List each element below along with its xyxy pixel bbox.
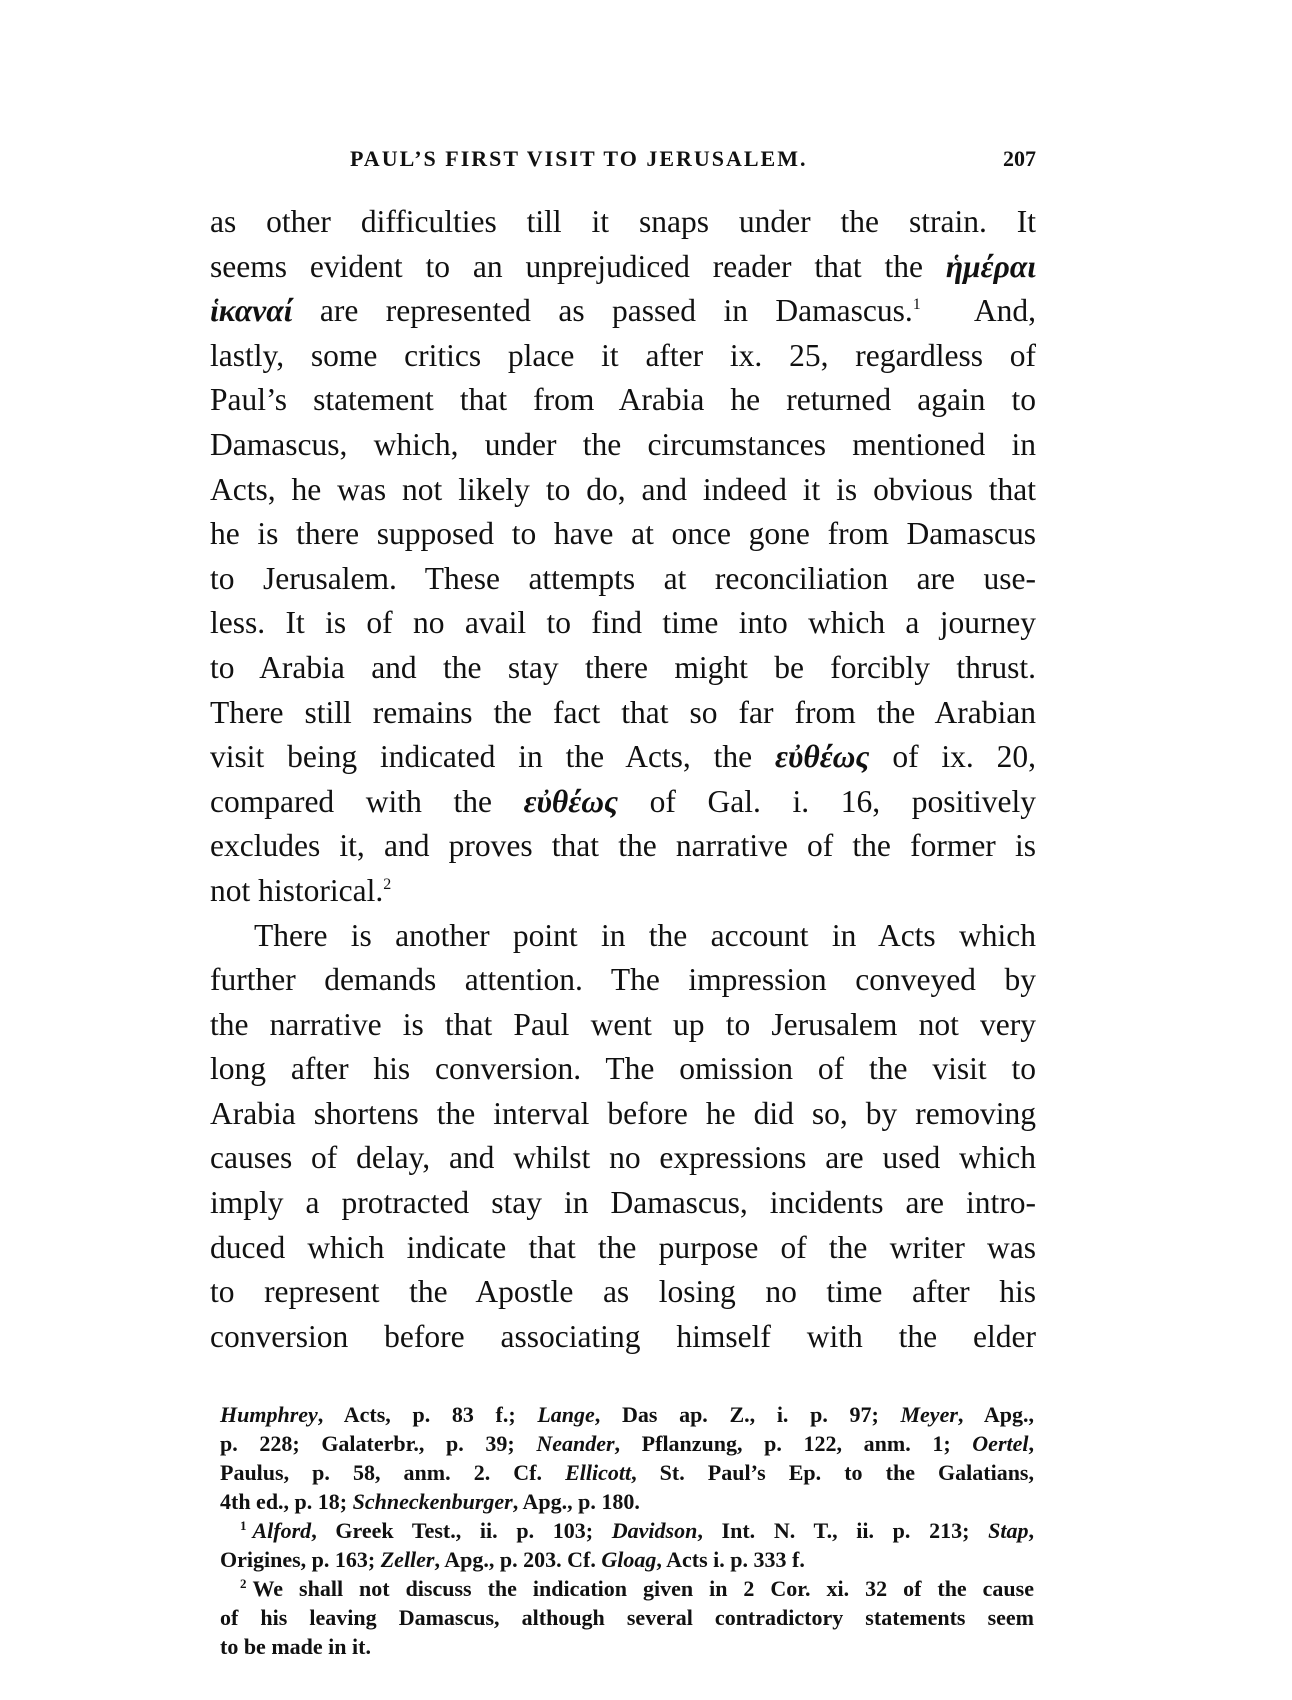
footnote-line: Paulus, p. 58, anm. 2. Cf. Ellicott, St.…: [220, 1458, 1034, 1487]
body-line: conversion before associating himself wi…: [210, 1315, 1036, 1360]
author-name: Stap: [988, 1518, 1028, 1543]
body-line: causes of delay, and whilst no expressio…: [210, 1136, 1036, 1181]
body-line: he is there supposed to have at once gon…: [210, 512, 1036, 557]
line-text: are represented as passed in Damascus.: [320, 293, 913, 328]
body-line: Arabia shortens the interval before he d…: [210, 1092, 1036, 1137]
line-text: of ix. 20,: [892, 739, 1036, 774]
greek-word: ἱκαναί: [210, 293, 292, 328]
body-line: to Jerusalem. These attempts at reconcil…: [210, 557, 1036, 602]
citation-text: , Int. N. T., ii. p. 213;: [697, 1518, 988, 1543]
book-page: PAUL’S FIRST VISIT TO JERUSALEM. 207 as …: [0, 0, 1292, 1700]
body-line: duced which indicate that the purpose of…: [210, 1226, 1036, 1271]
footnote-line: 1Alford, Greek Test., ii. p. 103; Davids…: [220, 1516, 1034, 1545]
citation-text: , Apg., p. 180.: [513, 1489, 640, 1514]
body-line: ἱκαναί are represented as passed in Dama…: [210, 289, 1036, 334]
body-line: to represent the Apostle as losing no ti…: [210, 1270, 1036, 1315]
citation-text: ,: [1029, 1431, 1035, 1456]
citation-text: 4th ed., p. 18;: [220, 1489, 353, 1514]
footnote-continued: Humphrey, Acts, p. 83 f.; Lange, Das ap.…: [220, 1400, 1034, 1516]
footnote-2: 2We shall not discuss the indication giv…: [220, 1574, 1034, 1661]
body-line: There still remains the fact that so far…: [210, 691, 1036, 736]
footnote-marker: 2: [240, 1576, 247, 1591]
author-name: Alford: [253, 1518, 312, 1543]
footnote-ref-1[interactable]: 1: [913, 296, 921, 313]
citation-text: , Pflanzung, p. 122, anm. 1;: [615, 1431, 973, 1456]
greek-word: ἡμέραι: [946, 249, 1036, 284]
body-line: less. It is of no avail to find time int…: [210, 601, 1036, 646]
footnote-line: 4th ed., p. 18; Schneckenburger, Apg., p…: [220, 1487, 1034, 1516]
running-title: PAUL’S FIRST VISIT TO JERUSALEM.: [350, 146, 808, 172]
author-name: Humphrey: [220, 1402, 318, 1427]
author-name: Davidson: [612, 1518, 698, 1543]
citation-text: , Acts i. p. 333 f.: [656, 1547, 805, 1572]
body-line: further demands attention. The impressio…: [210, 958, 1036, 1003]
body-line: Acts, he was not likely to do, and indee…: [210, 468, 1036, 513]
author-name: Gloag: [601, 1547, 656, 1572]
page-number: 207: [1003, 146, 1036, 172]
footnote-line: to be made in it.: [220, 1632, 1034, 1661]
footnote-line: of his leaving Damascus, although severa…: [220, 1603, 1034, 1632]
citation-text: ,: [1028, 1518, 1034, 1543]
line-text: visit being indicated in the Acts, the: [210, 739, 752, 774]
greek-word: εὐθέως: [524, 784, 618, 819]
body-line: Paul’s statement that from Arabia he ret…: [210, 378, 1036, 423]
citation-text: We shall not discuss the indication give…: [253, 1576, 1035, 1601]
body-line: lastly, some critics place it after ix. …: [210, 334, 1036, 379]
author-name: Zeller: [381, 1547, 435, 1572]
footnote-marker: 1: [240, 1518, 247, 1533]
citation-text: Origines, p. 163;: [220, 1547, 381, 1572]
author-name: Ellicott: [565, 1460, 631, 1485]
footnote-line: p. 228; Galaterbr., p. 39; Neander, Pfla…: [220, 1429, 1034, 1458]
body-line: the narrative is that Paul went up to Je…: [210, 1003, 1036, 1048]
citation-text: of his leaving Damascus, although severa…: [220, 1605, 1034, 1630]
running-head: PAUL’S FIRST VISIT TO JERUSALEM. 207: [210, 146, 1036, 176]
body-line: to Arabia and the stay there might be fo…: [210, 646, 1036, 691]
author-name: Neander: [536, 1431, 614, 1456]
author-name: Oertel: [972, 1431, 1028, 1456]
citation-text: , Apg., p. 203. Cf.: [435, 1547, 602, 1572]
body-line: as other difficulties till it snaps unde…: [210, 200, 1036, 245]
citation-text: , Greek Test., ii. p. 103;: [311, 1518, 612, 1543]
footnotes: Humphrey, Acts, p. 83 f.; Lange, Das ap.…: [220, 1400, 1034, 1661]
body-line: excludes it, and proves that the narrati…: [210, 824, 1036, 869]
footnote-line: 2We shall not discuss the indication giv…: [220, 1574, 1034, 1603]
body-line: not historical.2: [210, 869, 1036, 914]
footnote-line: Humphrey, Acts, p. 83 f.; Lange, Das ap.…: [220, 1400, 1034, 1429]
line-text: seems evident to an unprejudiced reader …: [210, 249, 923, 284]
body-line: Damascus, which, under the circumstances…: [210, 423, 1036, 468]
body-line: compared with the εὐθέως of Gal. i. 16, …: [210, 780, 1036, 825]
line-text: not historical.: [210, 873, 383, 908]
footnote-ref-2[interactable]: 2: [383, 876, 391, 893]
citation-text: , Apg.,: [958, 1402, 1034, 1427]
line-text: And,: [974, 293, 1036, 328]
body-line: visit being indicated in the Acts, the ε…: [210, 735, 1036, 780]
author-name: Meyer: [900, 1402, 957, 1427]
body-line: long after his conversion. The omission …: [210, 1047, 1036, 1092]
citation-text: to be made in it.: [220, 1634, 371, 1659]
body-line: seems evident to an unprejudiced reader …: [210, 245, 1036, 290]
greek-word: εὐθέως: [775, 739, 869, 774]
citation-text: , Acts, p. 83 f.;: [318, 1402, 538, 1427]
line-text: compared with the: [210, 784, 492, 819]
body-line: There is another point in the account in…: [210, 914, 1036, 959]
citation-text: Paulus, p. 58, anm. 2. Cf.: [220, 1460, 565, 1485]
author-name: Schneckenburger: [353, 1489, 513, 1514]
citation-text: , Das ap. Z., i. p. 97;: [595, 1402, 901, 1427]
body-text: as other difficulties till it snaps unde…: [210, 200, 1036, 1359]
line-text: of Gal. i. 16, positively: [650, 784, 1036, 819]
body-line: imply a protracted stay in Damascus, inc…: [210, 1181, 1036, 1226]
footnote-1: 1Alford, Greek Test., ii. p. 103; Davids…: [220, 1516, 1034, 1574]
author-name: Lange: [537, 1402, 594, 1427]
citation-text: , St. Paul’s Ep. to the Galatians,: [631, 1460, 1034, 1485]
footnote-line: Origines, p. 163; Zeller, Apg., p. 203. …: [220, 1545, 1034, 1574]
citation-text: p. 228; Galaterbr., p. 39;: [220, 1431, 536, 1456]
